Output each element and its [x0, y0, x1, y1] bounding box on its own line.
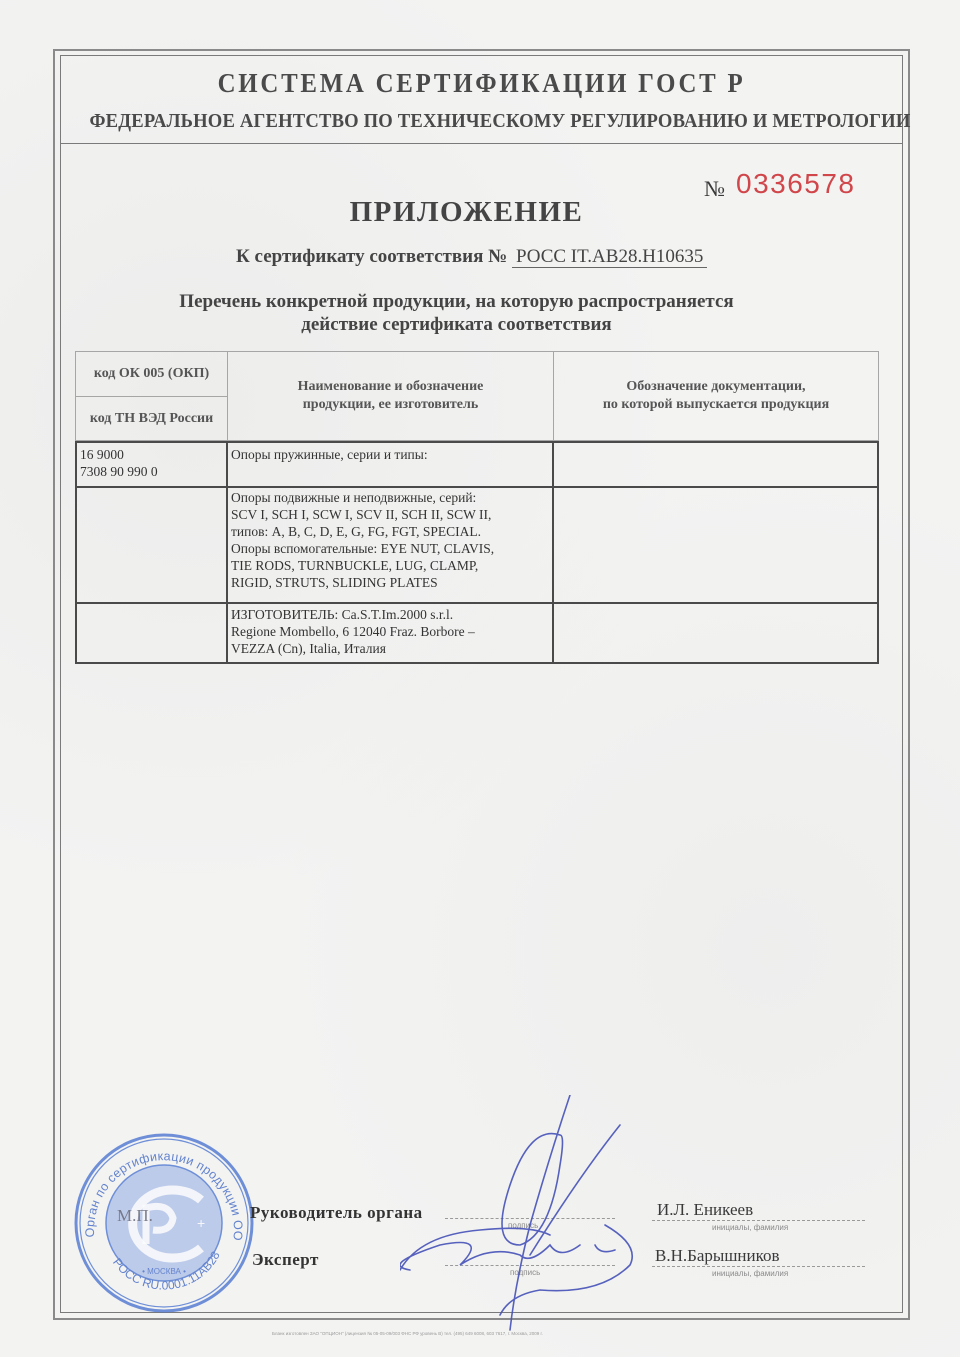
expert-name-line [652, 1266, 865, 1267]
header-okp-code: код ОК 005 (ОКП) [76, 352, 227, 397]
document-title: ПРИЛОЖЕНИЕ [60, 196, 903, 229]
code-cell [77, 604, 228, 662]
product-line: Опоры пружинные, серии и типы: [231, 446, 549, 463]
head-name-caption: инициалы, фамилия [712, 1223, 788, 1232]
head-name-line [652, 1220, 865, 1221]
certificate-reference: К сертификату соответствия № РОСС IT.АВ2… [236, 246, 707, 268]
expert-label: Эксперт [252, 1250, 319, 1270]
head-of-body-label: Руководитель органа [250, 1203, 423, 1223]
form-footer-note: Бланк изготовлен ЗАО "ОПЦИОН" (лицензия … [272, 1331, 692, 1336]
intro-line-2: действие сертификата соответствия [10, 313, 903, 336]
product-table: 16 9000 7308 90 990 0 Опоры пружинные, с… [75, 441, 879, 664]
intro-line-1: Перечень конкретной продукции, на котору… [10, 290, 903, 313]
agency-title: ФЕДЕРАЛЬНОЕ АГЕНТСТВО ПО ТЕХНИЧЕСКОМУ РЕ… [90, 110, 874, 133]
header-codes-column: код ОК 005 (ОКП) код ТН ВЭД России [76, 352, 228, 440]
product-cell: ИЗГОТОВИТЕЛЬ: Ca.S.T.Im.2000 s.r.l. Regi… [228, 604, 554, 662]
svg-text:+: + [197, 1215, 205, 1231]
header-tnved-code: код ТН ВЭД России [76, 397, 227, 440]
manufacturer-line: ИЗГОТОВИТЕЛЬ: Ca.S.T.Im.2000 s.r.l. [231, 606, 549, 623]
header-divider [60, 143, 903, 144]
expert-name-caption: инициалы, фамилия [712, 1269, 788, 1278]
documentation-cell [554, 604, 877, 662]
header-product-name: Наименование и обозначение продукции, ее… [228, 352, 554, 440]
table-row: ИЗГОТОВИТЕЛЬ: Ca.S.T.Im.2000 s.r.l. Regi… [77, 602, 877, 662]
system-title: СИСТЕМА СЕРТИФИКАЦИИ ГОСТ Р [94, 68, 870, 99]
product-line: SCV I, SCH I, SCW I, SCV II, SCH II, SCW… [231, 506, 549, 523]
expert-name: В.Н.Барышников [655, 1246, 780, 1266]
document-title-text: ПРИЛОЖЕНИЕ [350, 196, 584, 229]
header-doc-line-2: по которой выпускается продукция [603, 396, 829, 414]
certificate-page: СИСТЕМА СЕРТИФИКАЦИИ ГОСТ Р ФЕДЕРАЛЬНОЕ … [0, 0, 960, 1357]
code-cell [77, 488, 228, 602]
documentation-cell [554, 443, 877, 486]
certificate-number: РОСС IT.АВ28.Н10635 [512, 246, 708, 268]
product-cell: Опоры пружинные, серии и типы: [228, 443, 554, 486]
product-cell: Опоры подвижные и неподвижные, серий: SC… [228, 488, 554, 602]
header-product-line-1: Наименование и обозначение [298, 378, 484, 396]
table-row: 16 9000 7308 90 990 0 Опоры пружинные, с… [77, 443, 877, 486]
header-product-line-2: продукции, ее изготовитель [298, 396, 484, 414]
manufacturer-line: Regione Mombello, 6 12040 Fraz. Borbore … [231, 623, 549, 640]
documentation-cell [554, 488, 877, 602]
product-line: TIE RODS, TURNBUCKLE, LUG, CLAMP, [231, 557, 549, 574]
product-line: типов: A, B, C, D, E, G, FG, FGT, SPECIA… [231, 523, 549, 540]
certification-stamp-icon: Орган по сертификации продукции ООО "СЕР… [73, 1132, 255, 1314]
product-list-intro: Перечень конкретной продукции, на котору… [60, 290, 903, 336]
handwritten-signature-icon [400, 1095, 640, 1335]
seal-label: М.П. [117, 1206, 153, 1226]
svg-text:• МОСКВА •: • МОСКВА • [142, 1267, 186, 1276]
certificate-prefix: К сертификату соответствия № [236, 246, 507, 267]
code-cell: 16 9000 7308 90 990 0 [77, 443, 228, 486]
table-header: код ОК 005 (ОКП) код ТН ВЭД России Наиме… [75, 351, 879, 441]
table-row: Опоры подвижные и неподвижные, серий: SC… [77, 486, 877, 602]
header-doc-line-1: Обозначение документации, [603, 378, 829, 396]
product-line: Опоры вспомогательные: EYE NUT, CLAVIS, [231, 540, 549, 557]
head-name: И.Л. Еникеев [657, 1200, 753, 1220]
manufacturer-line: VEZZA (Cn), Italia, Италия [231, 640, 549, 657]
tnved-code: 7308 90 990 0 [80, 463, 223, 480]
product-line: Опоры подвижные и неподвижные, серий: [231, 489, 549, 506]
header-documentation: Обозначение документации, по которой вып… [554, 352, 878, 440]
okp-code: 16 9000 [80, 446, 223, 463]
product-line: RIGID, STRUTS, SLIDING PLATES [231, 574, 549, 591]
